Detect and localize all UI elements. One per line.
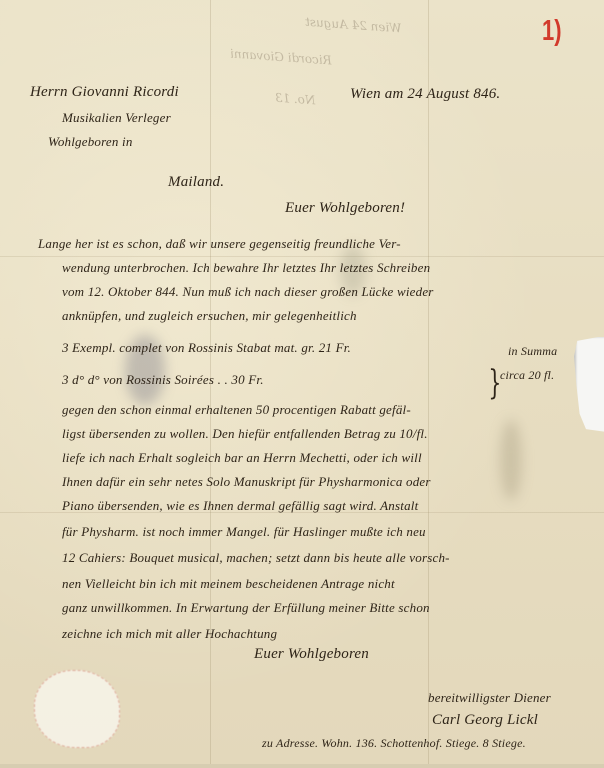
- letter-page: Wien 24 August Ricordi Giovanni No. 13 1…: [0, 0, 604, 768]
- paper-edge: [0, 764, 604, 768]
- seal-remnant: [34, 670, 120, 748]
- signature: Carl Georg Lickl: [432, 712, 538, 729]
- addressee-title: Musikalien Verleger: [62, 110, 171, 126]
- bleed-through-text: Ricordi Giovanni: [230, 46, 332, 67]
- body-line: wendung unterbrochen. Ich bewahre Ihr le…: [62, 260, 430, 276]
- stain: [500, 420, 522, 500]
- order-line: 3 Exempl. complet von Rossinis Stabat ma…: [62, 340, 351, 356]
- place-date: Wien am 24 August 846.: [350, 86, 500, 103]
- order-line: 3 d° d° von Rossinis Soirées . . 30 Fr.: [62, 372, 264, 388]
- body-line: ganz unwillkommen. In Erwartung der Erfü…: [62, 600, 430, 616]
- body-line: ligst übersenden zu wollen. Den hiefür e…: [62, 426, 428, 442]
- body-line: Ihnen dafür ein sehr netes Solo Manuskri…: [62, 474, 431, 490]
- body-line: 12 Cahiers: Bouquet musical, machen; set…: [62, 550, 450, 566]
- addressee-name: Herrn Giovanni Ricordi: [30, 84, 179, 101]
- body-line: zeichne ich mich mit aller Hochachtung: [62, 626, 277, 642]
- salutation: Euer Wohlgeboren!: [285, 200, 405, 217]
- body-line: nen Vielleicht bin ich mit meinem besche…: [62, 576, 395, 592]
- valediction: bereitwilligster Diener: [428, 690, 551, 706]
- bleed-through-text: No. 13: [275, 91, 316, 108]
- addressee-city: Mailand.: [168, 174, 224, 191]
- sender-address: zu Adresse. Wohn. 136. Schottenhof. Stie…: [262, 736, 526, 751]
- torn-paper-edge: [574, 337, 604, 433]
- body-line: für Physharm. ist noch immer Mangel. für…: [62, 524, 426, 540]
- addressee-honorific: Wohlgeboren in: [48, 134, 133, 150]
- summary-note: in Summa: [508, 344, 557, 359]
- body-line: vom 12. Oktober 844. Nun muß ich nach di…: [62, 284, 434, 300]
- bleed-through-text: Wien 24 August: [305, 15, 402, 36]
- fold-line: [428, 0, 429, 768]
- body-line: gegen den schon einmal erhaltenen 50 pro…: [62, 402, 411, 418]
- body-line: anknüpfen, und zugleich ersuchen, mir ge…: [62, 308, 357, 324]
- summary-note: circa 20 fl.: [500, 368, 554, 383]
- closing: Euer Wohlgeboren: [254, 646, 369, 663]
- body-line: Lange her ist es schon, daß wir unsere g…: [38, 236, 401, 252]
- page-number-marker: 1): [542, 14, 562, 48]
- body-line: Piano übersenden, wie es Ihnen dermal ge…: [62, 498, 418, 514]
- fold-line: [0, 256, 604, 257]
- body-line: liefe ich nach Erhalt sogleich bar an He…: [62, 450, 422, 466]
